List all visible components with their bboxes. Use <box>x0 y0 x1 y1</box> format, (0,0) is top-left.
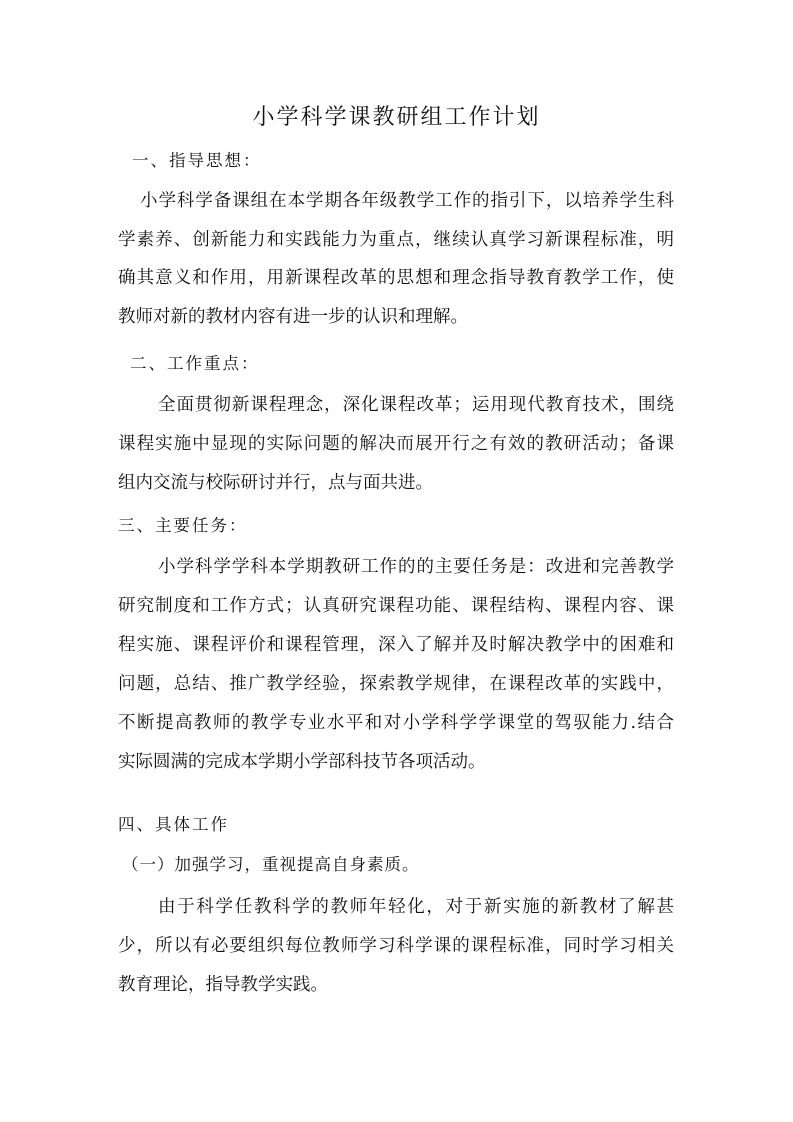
paragraph-line: 小学科学学科本学期教研工作的的主要任务是：改进和完善教学 <box>158 556 674 578</box>
paragraph-line: 少，所以有必要组织每位教师学习科学课的课程标准，同时学习相关 <box>118 935 674 957</box>
paragraph-line: 研究制度和工作方式；认真研究课程功能、课程结构、课程内容、课 <box>118 595 674 617</box>
section-heading-specific-work: 四、具体工作 <box>118 814 229 836</box>
subsection-heading: （一）加强学习，重视提高自身素质。 <box>122 854 420 876</box>
paragraph-line: 实际圆满的完成本学期小学部科技节各项活动。 <box>118 751 674 773</box>
paragraph-line: 组内交流与校际研讨并行，点与面共进。 <box>118 472 674 494</box>
paragraph-line: 学素养、创新能力和实践能力为重点，继续认真学习新课程标准，明 <box>118 229 674 251</box>
paragraph-line: 问题，总结、推广教学经验，探索教学规律，在课程改革的实践中， <box>118 673 674 695</box>
paragraph-line: 全面贯彻新课程理念，深化课程改革；运用现代教育技术，围绕 <box>158 394 674 416</box>
paragraph-line: 教育理论，指导教学实践。 <box>118 974 674 996</box>
paragraph-line: 确其意义和作用，用新课程改革的思想和理念指导教育教学工作，使 <box>118 267 674 289</box>
paragraph-line: 小学科学备课组在本学期各年级教学工作的指引下，以培养学生科 <box>140 190 674 212</box>
paragraph-line: 不断提高教师的教学专业水平和对小学科学学课堂的驾驭能力.结合 <box>118 712 674 734</box>
paragraph-line: 教师对新的教材内容有进一步的认识和理解。 <box>118 306 674 328</box>
paragraph-line: 课程实施中显现的实际问题的解决而展开行之有效的教研活动；备课 <box>118 433 674 455</box>
document-page: 小学科学课教研组工作计划 一、指导思想： 小学科学备课组在本学期各年级教学工作的… <box>0 0 793 1122</box>
paragraph-line: 由于科学任教科学的教师年轻化，对于新实施的新教材了解甚 <box>158 896 674 918</box>
document-title: 小学科学课教研组工作计划 <box>0 104 793 132</box>
paragraph-line: 程实施、课程评价和课程管理，深入了解并及时解决教学中的困难和 <box>118 634 674 656</box>
section-heading-guiding-ideology: 一、指导思想： <box>132 150 262 172</box>
section-heading-work-focus: 二、工作重点： <box>130 353 260 375</box>
section-heading-main-tasks: 三、主要任务： <box>118 515 248 537</box>
